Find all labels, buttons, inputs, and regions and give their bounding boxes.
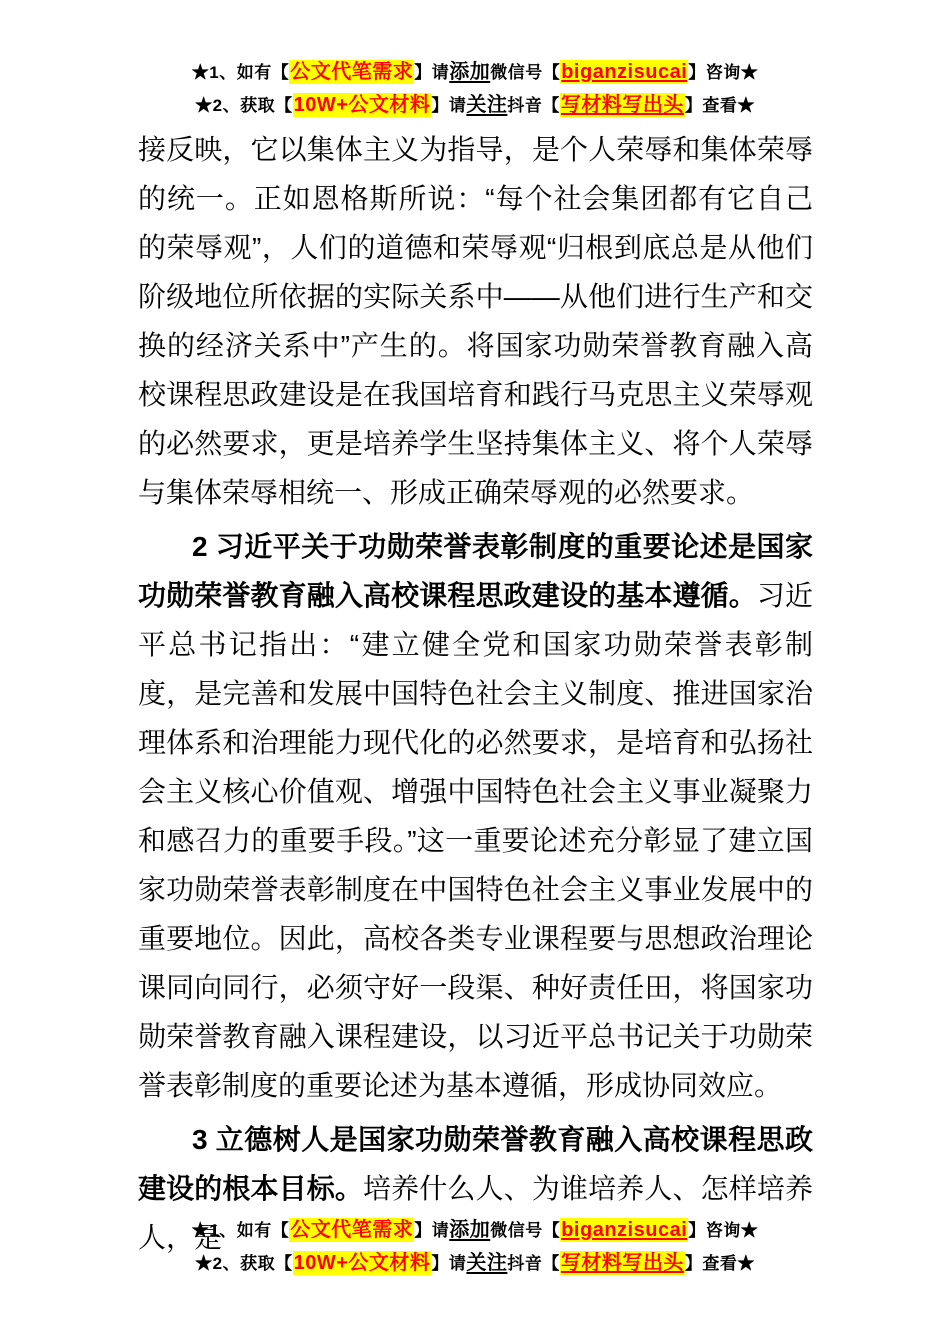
promo2-follow-emphasis: 关注: [466, 1252, 507, 1274]
promo1-prefix: ★1、如有【: [192, 1221, 289, 1240]
promo2-douyin-label: 抖音【: [507, 1254, 560, 1273]
promo1-add-emphasis: 添加: [449, 1219, 490, 1241]
promo2-mid: 】请: [431, 96, 466, 115]
para1-text: 接反映，它以集体主义为指导，是个人荣辱和集体荣辱的统一。正如恩格斯所说：“每个社…: [138, 134, 813, 508]
paragraph-2: 2 习近平关于功勋荣誉表彰制度的重要论述是国家功勋荣誉教育融入高校课程思政建设的…: [138, 522, 813, 1110]
promo2-douyin-name: 写材料写出头: [560, 93, 685, 117]
promo1-mid: 】请: [414, 1221, 449, 1240]
promo1-wechat-id: biganzisucai: [560, 60, 688, 84]
promo2-materials-highlight: 10W+公文材料: [293, 1251, 432, 1275]
promo-line-2: ★2、获取【10W+公文材料】请关注抖音【写材料写出头】查看★: [0, 89, 950, 122]
promo2-suffix: 】查看★: [685, 1254, 755, 1273]
promo1-suffix: 】咨询★: [688, 1221, 758, 1240]
promo2-materials-highlight: 10W+公文材料: [293, 93, 432, 117]
promo-line-1: ★1、如有【公文代笔需求】请添加微信号【biganzisucai】咨询★: [0, 56, 950, 89]
promo-banner-bottom: ★1、如有【公文代笔需求】请添加微信号【biganzisucai】咨询★★2、获…: [0, 1214, 950, 1280]
promo1-wechat-label: 微信号【: [490, 63, 560, 82]
promo2-douyin-label: 抖音【: [507, 96, 560, 115]
promo-line-1: ★1、如有【公文代笔需求】请添加微信号【biganzisucai】咨询★: [0, 1214, 950, 1247]
promo1-add-emphasis: 添加: [449, 61, 490, 83]
promo1-wechat-id: biganzisucai: [560, 1218, 688, 1242]
paragraph-1: 接反映，它以集体主义为指导，是个人荣辱和集体荣辱的统一。正如恩格斯所说：“每个社…: [138, 125, 813, 517]
document-body: 接反映，它以集体主义为指导，是个人荣辱和集体荣辱的统一。正如恩格斯所说：“每个社…: [138, 125, 813, 1262]
promo1-service-highlight: 公文代笔需求: [289, 60, 414, 84]
promo2-suffix: 】查看★: [685, 96, 755, 115]
promo2-douyin-name: 写材料写出头: [560, 1251, 685, 1275]
promo-line-2: ★2、获取【10W+公文材料】请关注抖音【写材料写出头】查看★: [0, 1247, 950, 1280]
document-page[interactable]: ★1、如有【公文代笔需求】请添加微信号【biganzisucai】咨询★★2、获…: [0, 0, 950, 1344]
promo2-prefix: ★2、获取【: [195, 96, 292, 115]
promo2-follow-emphasis: 关注: [466, 94, 507, 116]
promo1-service-highlight: 公文代笔需求: [289, 1218, 414, 1242]
promo1-suffix: 】咨询★: [688, 63, 758, 82]
promo1-mid: 】请: [414, 63, 449, 82]
promo2-mid: 】请: [431, 1254, 466, 1273]
para2-heading-bold: 2 习近平关于功勋荣誉表彰制度的重要论述是国家功勋荣誉教育融入高校课程思政建设的…: [138, 531, 813, 611]
promo1-wechat-label: 微信号【: [490, 1221, 560, 1240]
promo1-prefix: ★1、如有【: [192, 63, 289, 82]
para2-body: 习近平总书记指出：“建立健全党和国家功勋荣誉表彰制度，是完善和发展中国特色社会主…: [138, 580, 813, 1101]
promo-banner-top: ★1、如有【公文代笔需求】请添加微信号【biganzisucai】咨询★★2、获…: [0, 0, 950, 122]
promo2-prefix: ★2、获取【: [195, 1254, 292, 1273]
